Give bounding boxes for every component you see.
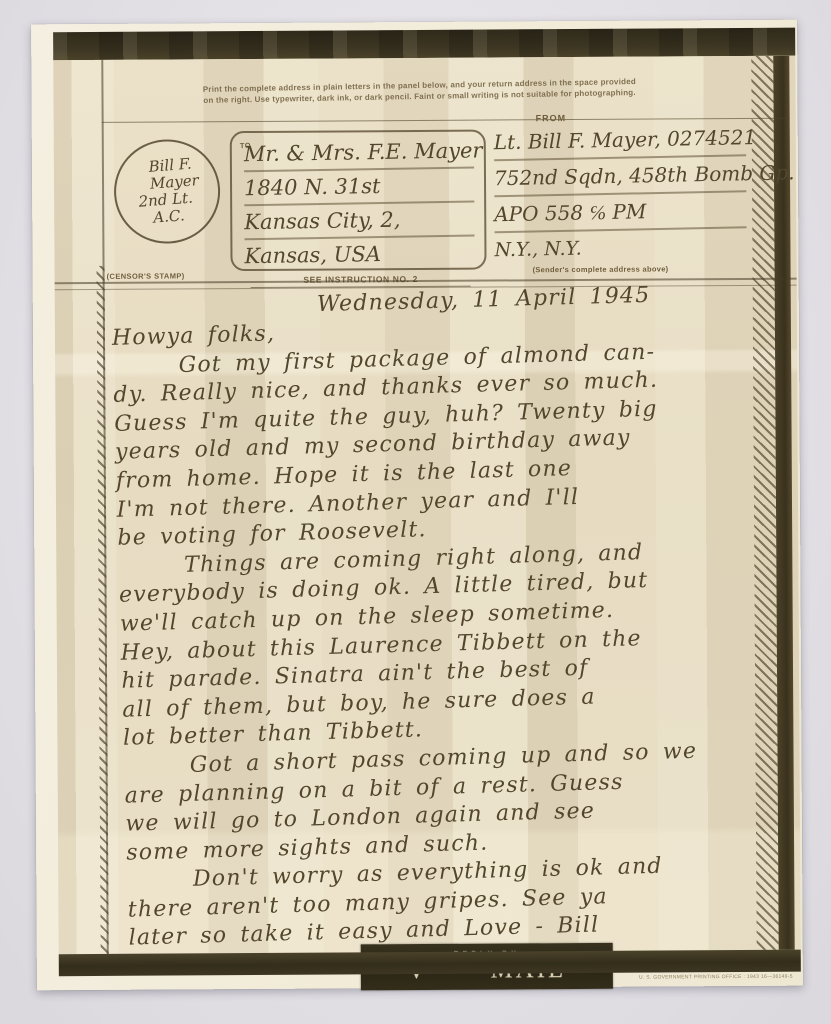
photo-bottom-dark-band <box>59 950 801 977</box>
from-address-line: N.Y., N.Y. <box>494 228 747 267</box>
from-label: FROM <box>536 113 567 123</box>
letter-body: Wednesday, 11 April 1945 Howya folks, Go… <box>111 277 793 953</box>
from-address-line: APO 558 ℅ PM <box>494 192 747 233</box>
gpo-fine-print: U. S. GOVERNMENT PRINTING OFFICE : 1943 … <box>625 974 807 981</box>
photo-top-dark-band <box>53 28 795 61</box>
to-address-box: TO Mr. & Mrs. F.E. Mayer1840 N. 31stKans… <box>230 130 487 272</box>
to-address-line: Kansas, USA <box>244 236 474 272</box>
censor-stamp: Bill F.Mayer2nd Lt.A.C. <box>110 136 224 248</box>
to-address-line: Mr. & Mrs. F.E. Mayer <box>244 134 475 172</box>
left-hatched-border <box>97 266 109 954</box>
letter-lines: Howya folks, Got my first package of alm… <box>112 306 793 953</box>
form-instructions: Print the complete address in plain lett… <box>99 74 739 108</box>
to-address-line: Kansas City, 2, <box>244 202 475 240</box>
from-address-lines: Lt. Bill F. Mayer, 0274521752nd Sqdn, 45… <box>494 122 747 266</box>
vmail-form: Print the complete address in plain lett… <box>53 56 800 955</box>
sender-address-caption: (Sender's complete address above) <box>533 264 669 274</box>
to-address-line: 1840 N. 31st <box>244 168 475 206</box>
vmail-photograph: Print the complete address in plain lett… <box>31 20 803 991</box>
censor-stamp-caption: (CENSOR'S STAMP) <box>107 271 185 280</box>
from-address-line: Lt. Bill F. Mayer, 0274521 <box>493 120 746 161</box>
to-address-lines: Mr. & Mrs. F.E. Mayer1840 N. 31stKansas … <box>244 136 475 271</box>
from-address-line: 752nd Sqdn, 458th Bomb Gp. <box>494 156 747 197</box>
scan-background: Print the complete address in plain lett… <box>0 0 831 1024</box>
